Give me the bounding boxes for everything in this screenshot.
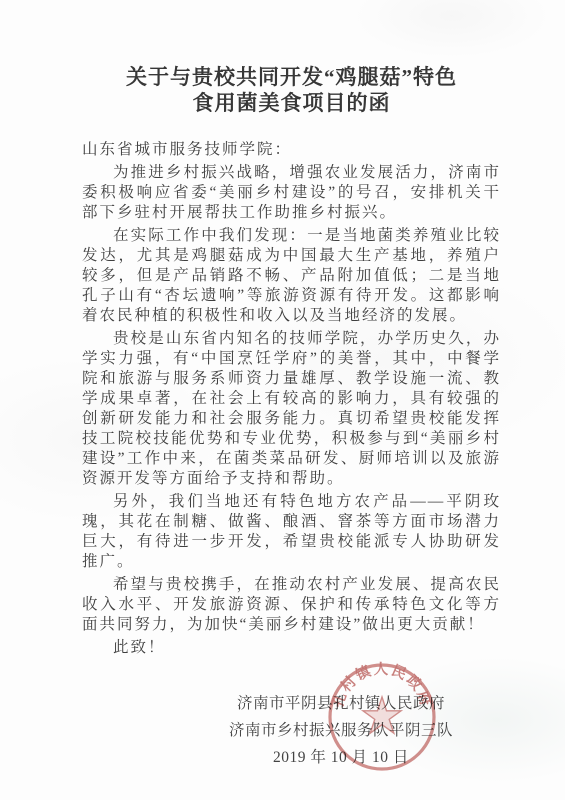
- signature-block: 济南市平阴县孔村镇人民政府 济南市乡村振兴服务队平阴三队 2019 年 10 月…: [229, 690, 453, 771]
- letter-title-line2: 食用菌美食项目的函: [82, 90, 501, 116]
- letter-paragraph-1: 为推进乡村振兴战略，增强农业发展活力，济南市委积极响应省委“美丽乡村建设”的号召…: [82, 163, 501, 223]
- letter-paragraph-5: 希望与贵校携手，在推动农村产业发展、提高农民收入水平、开发旅游资源、保护和传承特…: [82, 575, 501, 635]
- letter-paragraph-2: 在实际工作中我们发现：一是当地菌类养殖业比较发达，尤其是鸡腿菇成为中国最大生产基…: [82, 226, 501, 326]
- signature-org-line2: 济南市乡村振兴服务队平阴三队: [229, 717, 453, 744]
- letter-salutation: 山东省城市服务技师学院：: [82, 140, 501, 160]
- signature-date: 2019 年 10 月 10 日: [229, 744, 453, 771]
- scanned-letter-page: 关于与贵校共同开发“鸡腿菇”特色 食用菌美食项目的函 山东省城市服务技师学院： …: [0, 0, 565, 800]
- signature-area: 孔村镇人民政府 济南市平阴县孔村镇人民政府 济南市乡村振兴服务队平阴三队 201…: [82, 690, 501, 771]
- letter-title: 关于与贵校共同开发“鸡腿菇”特色 食用菌美食项目的函: [82, 64, 501, 116]
- letter-title-line1: 关于与贵校共同开发“鸡腿菇”特色: [82, 64, 501, 90]
- letter-closing: 此致！: [82, 638, 501, 658]
- letter-content: 关于与贵校共同开发“鸡腿菇”特色 食用菌美食项目的函 山东省城市服务技师学院： …: [0, 0, 565, 771]
- letter-body: 山东省城市服务技师学院： 为推进乡村振兴战略，增强农业发展活力，济南市委积极响应…: [82, 140, 501, 658]
- letter-paragraph-4: 另外，我们当地还有特色地方农产品——平阴玫瑰，其花在制糖、做酱、酿酒、窨茶等方面…: [82, 492, 501, 572]
- signature-org-line1: 济南市平阴县孔村镇人民政府: [229, 690, 453, 717]
- letter-paragraph-3: 贵校是山东省内知名的技师学院，办学历史久，办学实力强，有“中国烹饪学府”的美誉，…: [82, 329, 501, 489]
